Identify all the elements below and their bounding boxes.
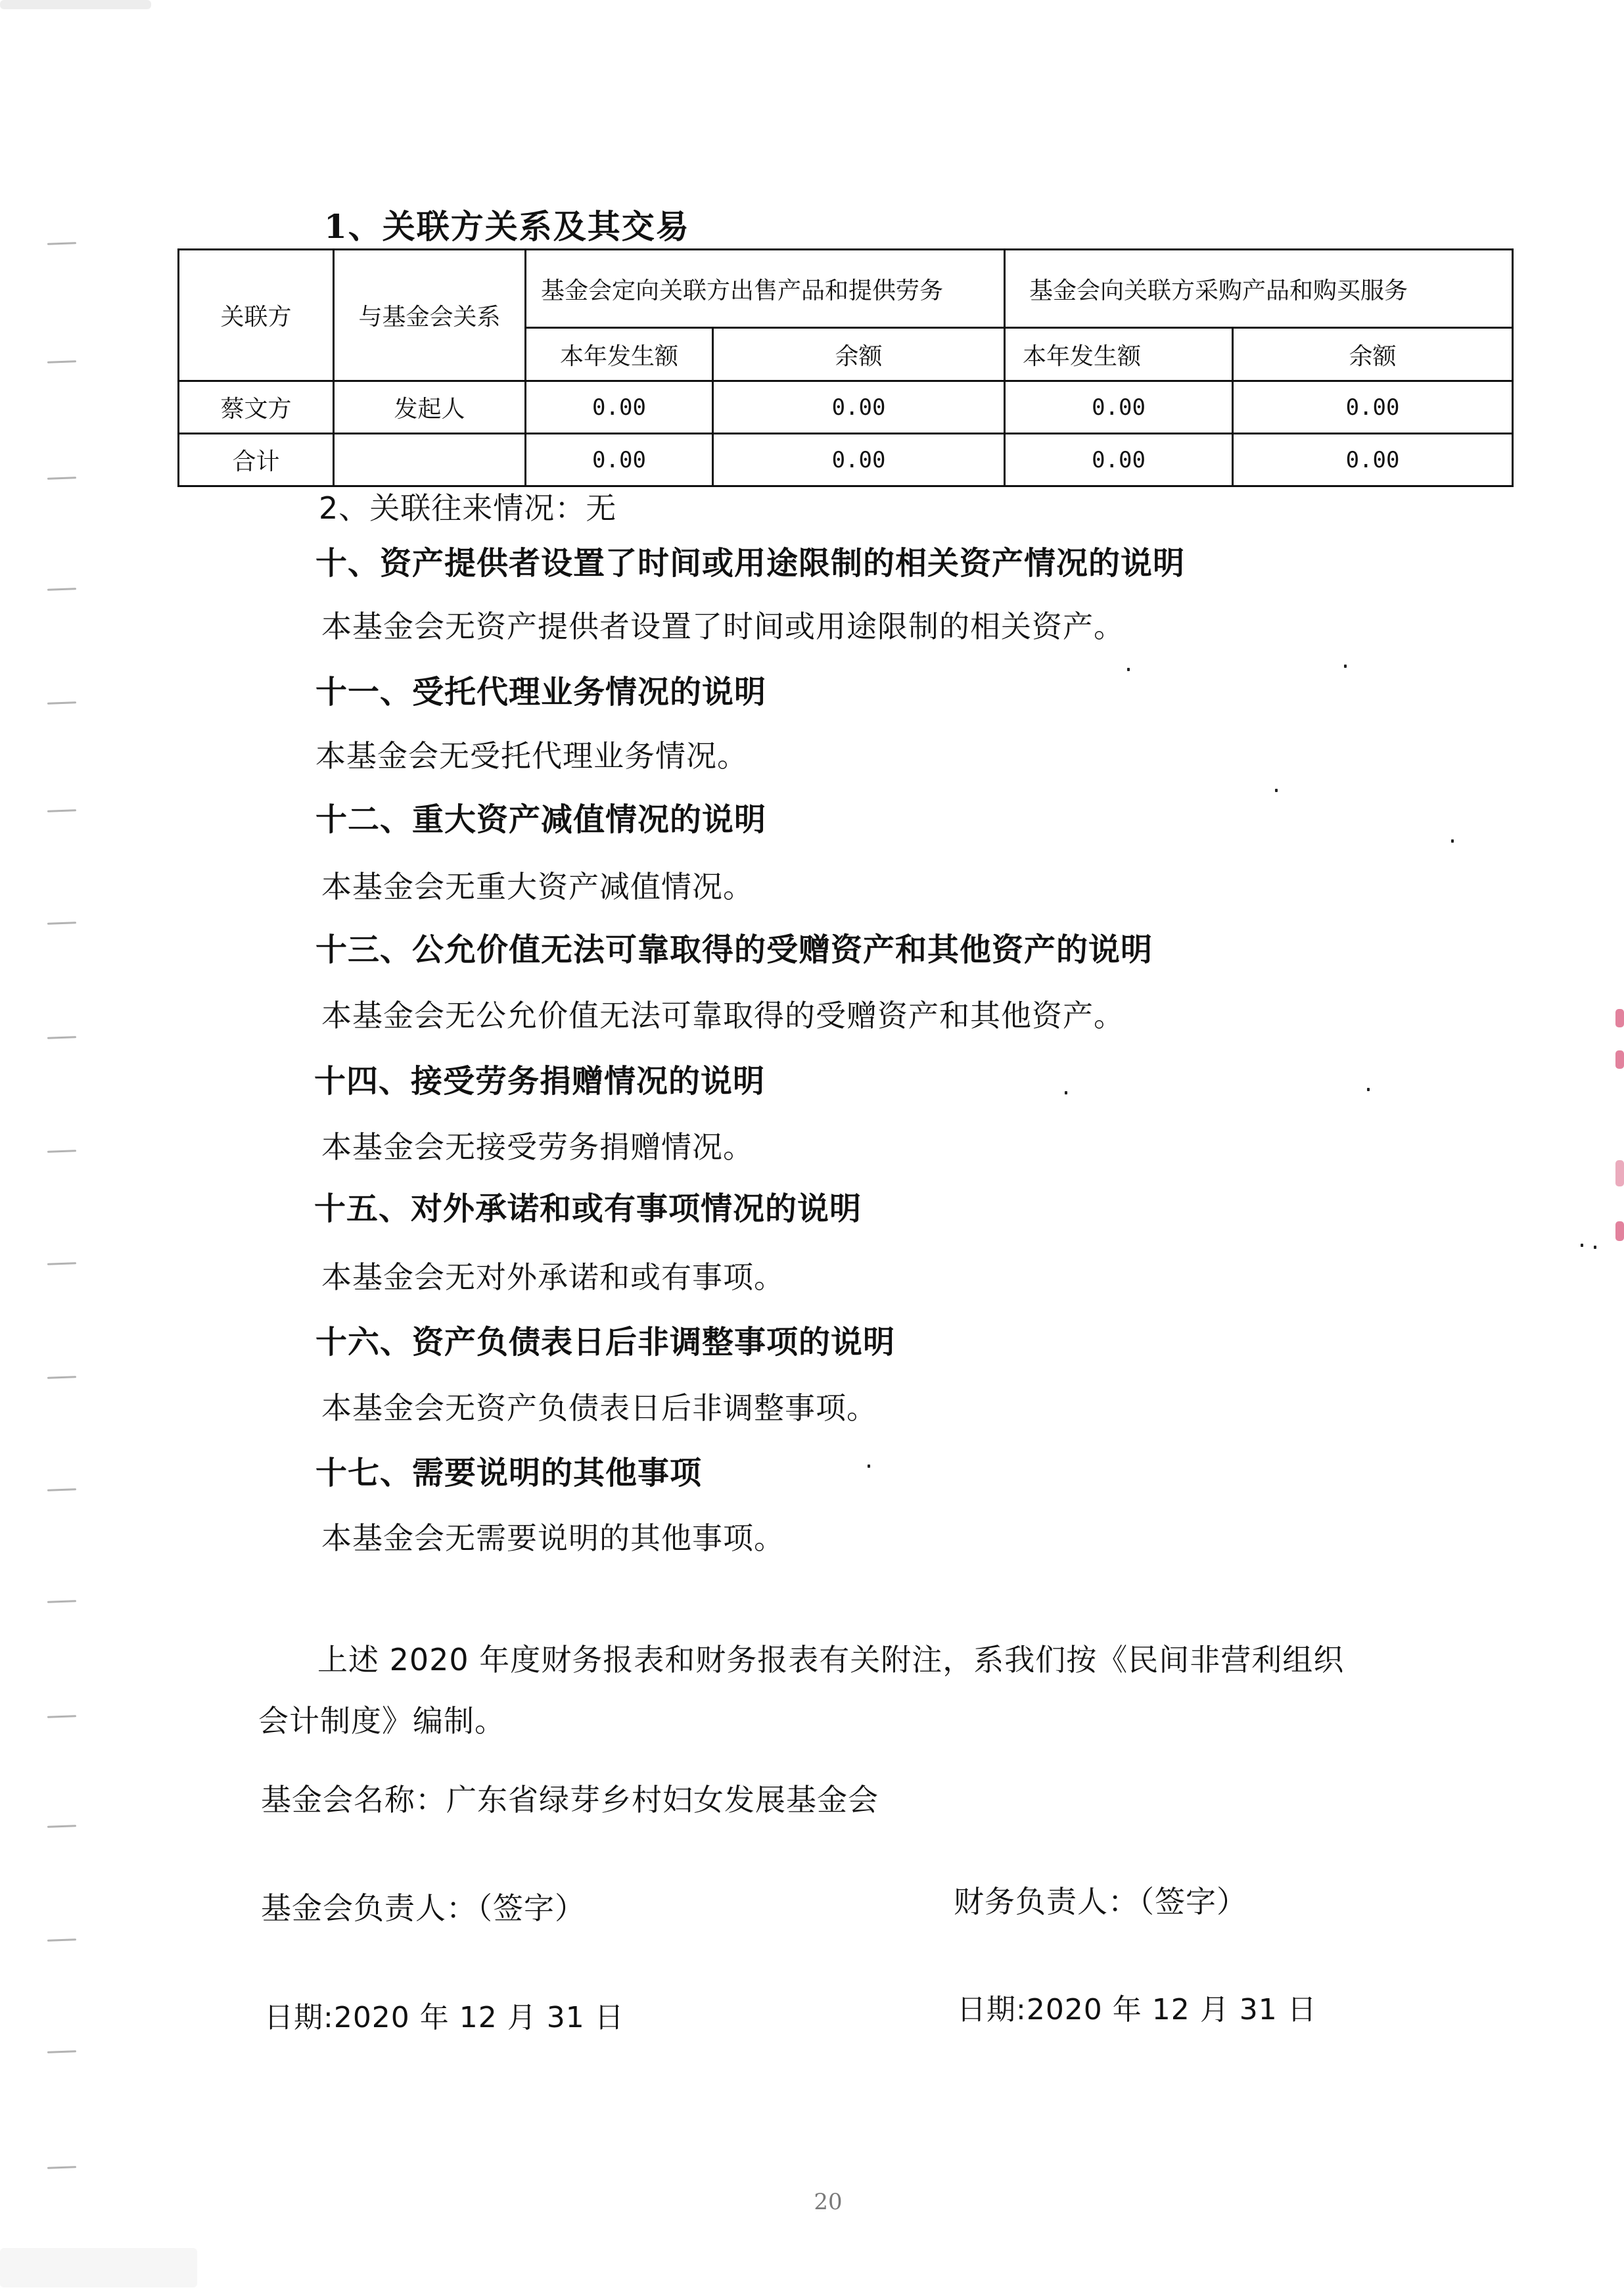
- binder-hole-mark: [47, 809, 76, 812]
- cell-sell-current: 0.00: [526, 381, 713, 434]
- section-body-12: 本基金会无重大资产减值情况。: [321, 872, 754, 902]
- section-heading-10: 十、资产提供者设置了时间或用途限制的相关资产情况的说明: [315, 548, 1185, 579]
- subheader-buy-balance: 余额: [1233, 328, 1513, 381]
- head-signature-label: 基金会负责人：（签字）: [261, 1893, 586, 1923]
- cell-sell-balance: 0.00: [713, 434, 1005, 486]
- binder-hole-mark: [47, 1262, 76, 1265]
- binder-hole-mark: [47, 1715, 76, 1718]
- binder-hole-mark: [47, 1488, 76, 1491]
- section-heading-17: 十七、需要说明的其他事项: [315, 1457, 702, 1489]
- related-transactions-note: 2、关联往来情况：无: [319, 493, 616, 523]
- header-group-sell: 基金会定向关联方出售产品和提供劳务: [526, 250, 1005, 328]
- scan-speck: [1275, 789, 1278, 792]
- binder-hole-mark: [47, 588, 76, 591]
- header-relationship: 与基金会关系: [334, 250, 526, 381]
- table-total-row: 合计 0.00 0.00 0.00 0.00: [179, 434, 1513, 486]
- scan-speck: [1581, 1244, 1583, 1247]
- binder-hole-mark: [47, 1825, 76, 1828]
- head-signature-date: 日期:2020 年 12 月 31 日: [264, 2003, 624, 2032]
- section-heading-14: 十四、接受劳务捐赠情况的说明: [314, 1066, 765, 1097]
- cell-sell-balance: 0.00: [713, 381, 1005, 434]
- subheader-sell-balance: 余额: [713, 328, 1005, 381]
- cell-relation: 发起人: [334, 381, 526, 434]
- related-party-table: 关联方 与基金会关系 基金会定向关联方出售产品和提供劳务 基金会向关联方采购产品…: [177, 248, 1514, 487]
- section-body-16: 本基金会无资产负债表日后非调整事项。: [321, 1393, 877, 1423]
- scan-speck: [1367, 1088, 1370, 1091]
- statement-line-2: 会计制度》编制。: [258, 1706, 505, 1736]
- scan-speck: [1127, 668, 1130, 671]
- cell-party: 蔡文方: [179, 381, 334, 434]
- cell-party: 合计: [179, 434, 334, 486]
- binder-hole-mark: [47, 1600, 76, 1603]
- binder-hole-mark: [47, 922, 76, 925]
- seal-fragment: [1615, 1221, 1624, 1241]
- seal-fragment: [1615, 1050, 1624, 1069]
- page-number: 20: [814, 2191, 842, 2213]
- subheader-buy-current: 本年发生额: [1005, 328, 1233, 381]
- cell-buy-current: 0.00: [1005, 434, 1233, 486]
- section-body-17: 本基金会无需要说明的其他事项。: [321, 1523, 785, 1553]
- header-group-buy: 基金会向关联方采购产品和购买服务: [1005, 250, 1513, 328]
- section-heading-11: 十一、受托代理业务情况的说明: [315, 676, 766, 708]
- table-row: 蔡文方 发起人 0.00 0.00 0.00 0.00: [179, 381, 1513, 434]
- scan-speck: [1344, 665, 1347, 668]
- binder-hole-mark: [47, 2050, 76, 2053]
- scan-speck: [1451, 839, 1454, 843]
- cell-relation: [334, 434, 526, 486]
- finance-signature-date: 日期:2020 年 12 月 31 日: [957, 1996, 1317, 2025]
- header-related-party: 关联方: [179, 250, 334, 381]
- scan-smudge-top: [0, 0, 151, 9]
- section-body-11: 本基金会无受托代理业务情况。: [315, 741, 748, 771]
- scan-speck: [1065, 1091, 1067, 1094]
- section-title: 1、关联方关系及其交易: [324, 210, 690, 243]
- binder-hole-mark: [47, 1938, 76, 1942]
- cell-buy-balance: 0.00: [1233, 381, 1513, 434]
- section-heading-12: 十二、重大资产减值情况的说明: [315, 804, 766, 835]
- binder-hole-mark: [47, 1036, 76, 1039]
- binder-hole-mark: [47, 477, 76, 480]
- cell-sell-current: 0.00: [526, 434, 713, 486]
- scan-speck: [1594, 1246, 1596, 1249]
- section-body-14: 本基金会无接受劳务捐赠情况。: [321, 1132, 754, 1162]
- seal-fragment: [1615, 1009, 1624, 1027]
- statement-line-1: 上述 2020 年度财务报表和财务报表有关附注，系我们按《民间非营利组织: [317, 1645, 1344, 1675]
- binder-hole-mark: [47, 360, 76, 363]
- section-body-13: 本基金会无公允价值无法可靠取得的受赠资产和其他资产。: [321, 1000, 1125, 1031]
- binder-hole-mark: [47, 1150, 76, 1153]
- seal-fragment: [1615, 1160, 1624, 1186]
- subheader-sell-current: 本年发生额: [526, 328, 713, 381]
- section-body-15: 本基金会无对外承诺和或有事项。: [321, 1262, 785, 1292]
- scan-speck: [868, 1464, 870, 1468]
- scan-smudge-bottom: [0, 2248, 197, 2287]
- binder-hole-mark: [47, 2166, 76, 2169]
- section-body-10: 本基金会无资产提供者设置了时间或用途限制的相关资产。: [321, 611, 1125, 642]
- foundation-name: 基金会名称：广东省绿芽乡村妇女发展基金会: [261, 1785, 879, 1815]
- section-heading-16: 十六、资产负债表日后非调整事项的说明: [315, 1326, 895, 1358]
- cell-buy-balance: 0.00: [1233, 434, 1513, 486]
- binder-hole-mark: [47, 1376, 76, 1379]
- finance-signature-label: 财务负责人：（签字）: [954, 1886, 1247, 1917]
- section-heading-13: 十三、公允价值无法可靠取得的受赠资产和其他资产的说明: [315, 934, 1153, 966]
- table-header-row: 关联方 与基金会关系 基金会定向关联方出售产品和提供劳务 基金会向关联方采购产品…: [179, 250, 1513, 328]
- binder-hole-mark: [47, 701, 76, 705]
- binder-hole-mark: [47, 242, 76, 245]
- section-heading-15: 十五、对外承诺和或有事项情况的说明: [314, 1193, 862, 1225]
- cell-buy-current: 0.00: [1005, 381, 1233, 434]
